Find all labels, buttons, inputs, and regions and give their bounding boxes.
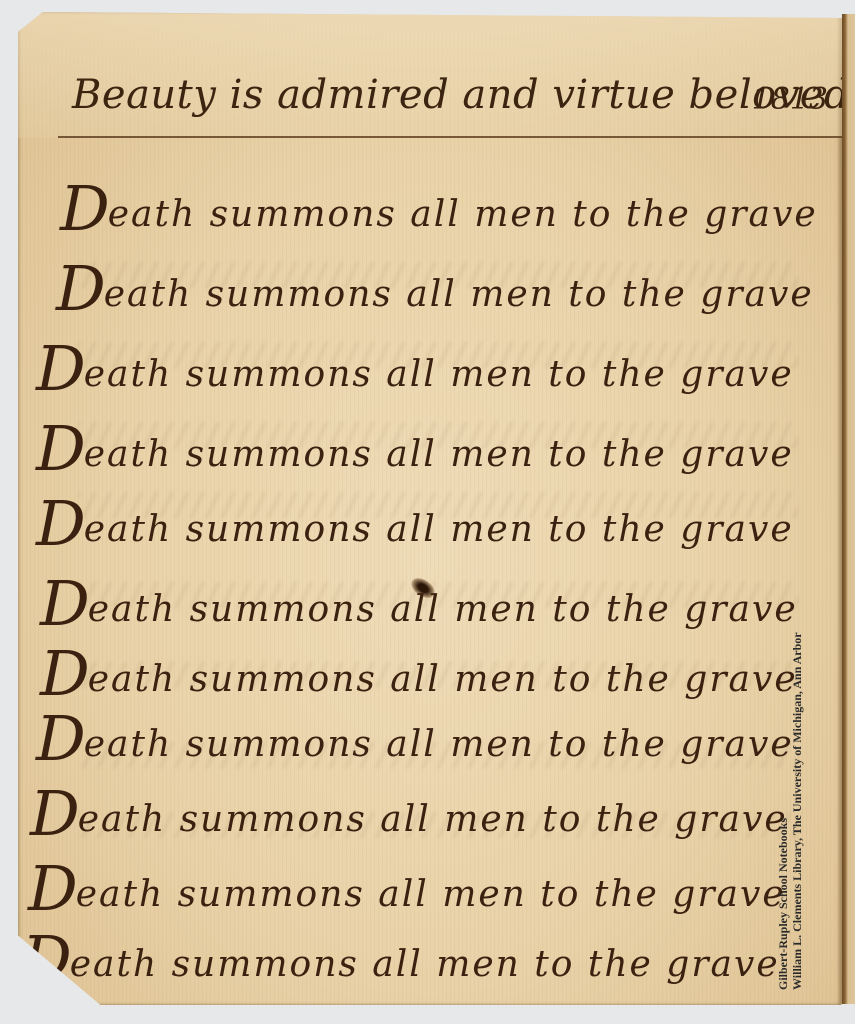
practice-line-11: Death summons all men to the grave <box>22 922 780 995</box>
practice-line-8: Death summons all men to the grave <box>36 702 794 775</box>
watermark-collection: Gilbert-Rupley School Notebooks <box>776 632 790 990</box>
notebook-page: Beauty is admired and virtue beloved. 18… <box>18 12 842 1005</box>
archive-watermark: Gilbert-Rupley School Notebooks William … <box>776 632 804 990</box>
header-divider <box>58 136 842 138</box>
header-copy-line: Beauty is admired and virtue beloved. <box>72 72 842 118</box>
adjacent-page-edge <box>842 14 855 1004</box>
practice-line-9: Death summons all men to the grave <box>30 777 788 850</box>
practice-line-10: Death summons all men to the grave <box>28 852 786 925</box>
practice-line-5: Death summons all men to the grave <box>36 487 794 560</box>
watermark-library: William L. Clements Library, The Univers… <box>790 632 804 990</box>
practice-line-7: Death summons all men to the grave <box>40 637 798 710</box>
practice-line-2: Death summons all men to the grave <box>56 252 814 325</box>
practice-line-3: Death summons all men to the grave <box>36 332 794 405</box>
header-year: 1813 <box>752 82 828 117</box>
practice-line-4: Death summons all men to the grave <box>36 412 794 485</box>
practice-line-1: Death summons all men to the grave <box>60 172 818 245</box>
